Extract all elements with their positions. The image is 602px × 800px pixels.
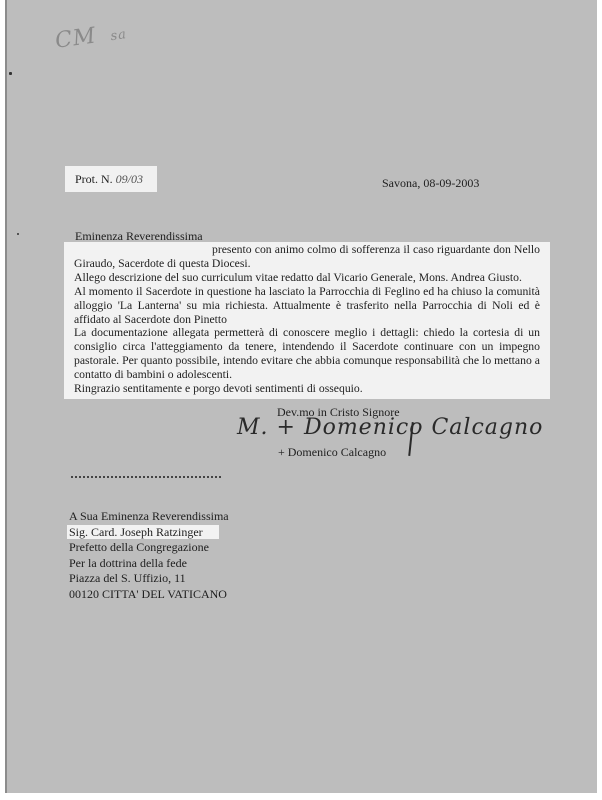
signer-name: + Domenico Calcagno [278,445,386,460]
body-paragraph-1: presento con animo colmo di sofferenza i… [74,243,540,271]
recipient-line-3: Prefetto della Congregazione [69,540,229,556]
place-date: Savona, 08-09-2003 [382,176,479,191]
scan-speck [17,233,19,235]
recipient-address: A Sua Eminenza Reverendissima Sig. Card.… [69,509,229,603]
body-paragraph-2: Allego descrizione del suo curriculum vi… [74,271,540,285]
recipient-line-2-highlighted: Sig. Card. Joseph Ratzinger [67,525,219,539]
scan-speck [9,72,12,75]
handwritten-note-small: sa [110,27,128,44]
protocol-label: Prot. N. [75,172,113,186]
recipient-line-4: Per la dottrina della fede [69,556,229,572]
handwritten-signature: M. + Domenico Calcagno [237,415,543,440]
separator-dashed-line [71,476,221,478]
letter-body-highlight: presento con animo colmo di sofferenza i… [64,242,550,399]
body-paragraph-5: Ringrazio sentitamente e porgo devoti se… [74,382,540,396]
protocol-number-box: Prot. N. 09/03 [65,166,157,192]
body-paragraph-3: Al momento il Sacerdote in questione ha … [74,285,540,327]
recipient-line-6: 00120 CITTA' DEL VATICANO [69,587,229,603]
protocol-number: 09/03 [116,172,143,186]
scanned-letter-page: CMsa Prot. N. 09/03 Savona, 08-09-2003 E… [5,0,597,793]
body-paragraph-4: La documentazione allegata permetterà di… [74,326,540,382]
handwritten-initials: CM [54,23,98,54]
handwritten-annotation: CMsa [54,19,129,54]
recipient-line-1: A Sua Eminenza Reverendissima [69,509,229,525]
recipient-line-5: Piazza del S. Uffizio, 11 [69,571,229,587]
